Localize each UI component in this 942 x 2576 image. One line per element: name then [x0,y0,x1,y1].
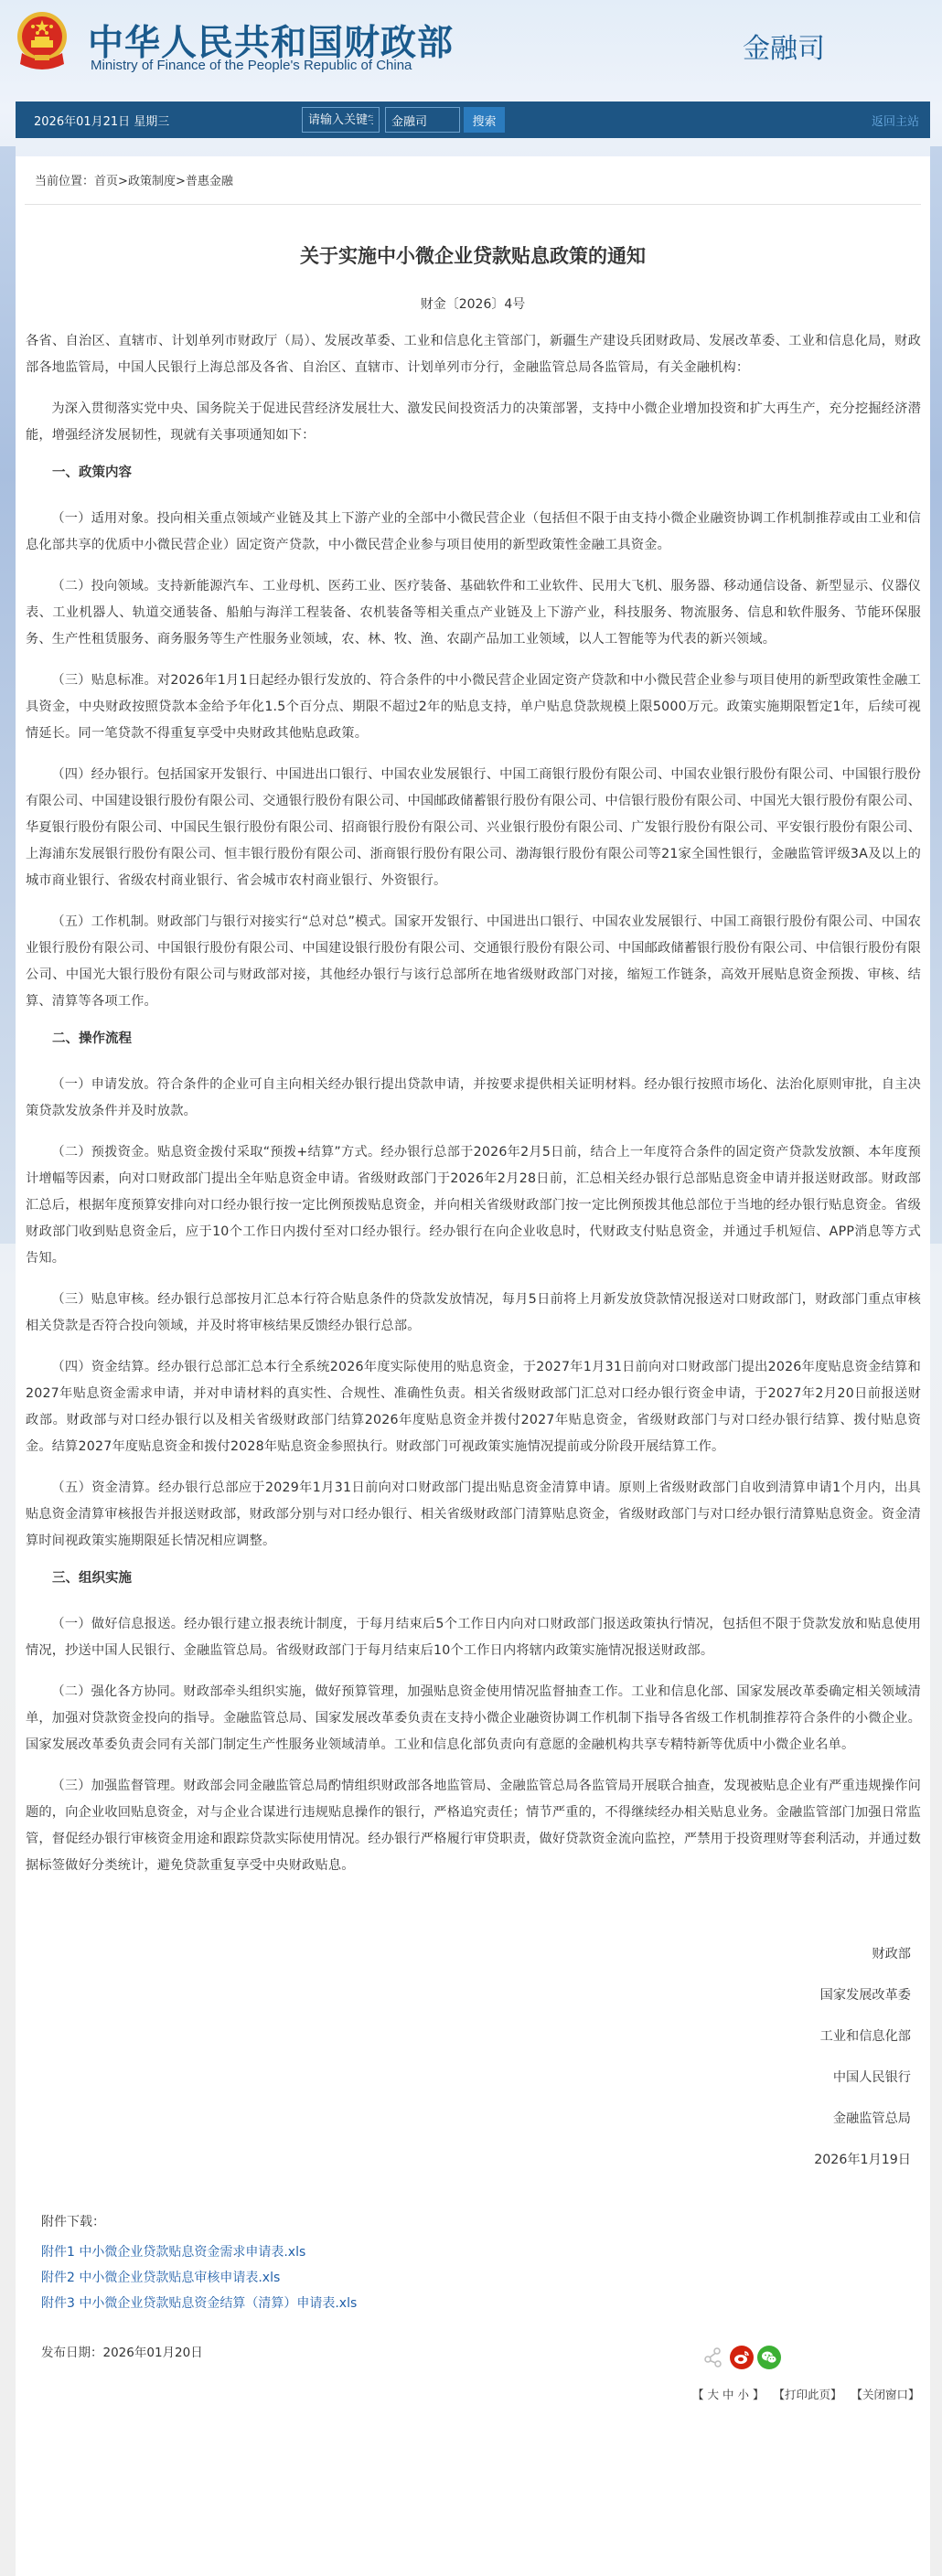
attachments-list: 附件1 中小微企业贷款贴息资金需求申请表.xls 附件2 中小微企业贷款贴息审核… [41,2243,930,2320]
weibo-glyph-icon [733,2350,750,2365]
breadcrumb: 当前位置：首页>政策制度>普惠金融 [25,156,921,205]
font-size-medium-button[interactable]: 中 [723,2388,734,2401]
paragraph: （二）投向领域。支持新能源汽车、工业母机、医药工业、医疗装备、基础软件和工业软件… [26,573,921,653]
paragraph: （一）适用对象。投向相关重点领域产业链及其上下游产业的全部中小微民营企业（包括但… [26,506,921,559]
attachment-link-2[interactable]: 附件2 中小微企业贷款贴息审核申请表.xls [41,2269,930,2294]
bracket: 【 [692,2388,704,2401]
addressee: 各省、自治区、直辖市、计划单列市财政厅（局）、发展改革委、工业和信息化主管部门，… [26,328,921,381]
signatory: 工业和信息化部 [26,2027,911,2068]
site-title-en: Ministry of Finance of the People's Repu… [91,58,412,73]
section-heading: 一、政策内容 [26,464,921,482]
paragraph: （一）申请发放。符合条件的企业可自主向相关经办银行提出贷款申请，并按要求提供相关… [26,1072,921,1125]
paragraph: （四）经办银行。包括国家开发银行、中国进出口银行、中国农业发展银行、中国工商银行… [26,762,921,894]
weibo-icon[interactable] [730,2346,754,2369]
bracket: 】 [753,2388,765,2401]
section-heading: 三、组织实施 [26,1569,921,1587]
signatory: 财政部 [26,1945,911,1986]
breadcrumb-policy[interactable]: 政策制度 [128,175,176,188]
paragraph: （三）贴息标准。对2026年1月1日起经办银行发放的、符合条件的中小微民营企业固… [26,668,921,747]
paragraph: （一）做好信息报送。经办银行建立报表统计制度，于每月结束后5个工作日内向对口财政… [26,1611,921,1664]
document-number: 财金〔2026〕4号 [16,294,930,313]
search-scope-input[interactable] [385,107,460,133]
content-card: 当前位置：首页>政策制度>普惠金融 关于实施中小微企业贷款贴息政策的通知 财金〔… [16,156,930,2576]
document-body: 各省、自治区、直辖市、计划单列市财政厅（局）、发展改革委、工业和信息化主管部门，… [16,328,930,2192]
search-button[interactable]: 搜索 [464,107,505,133]
paragraph: （五）资金清算。经办银行总部应于2029年1月31日前向对口财政部门提出贴息资金… [26,1475,921,1555]
page-tools: 【 大 中 小 】 【打印此页】 【关闭窗口】 [692,2386,920,2402]
breadcrumb-separator: > [118,175,128,188]
paragraph: （二）预拨资金。贴息资金拨付采取“预拨+结算”方式。经办银行总部于2026年2月… [26,1139,921,1272]
print-page-button[interactable]: 【打印此页】 [774,2386,842,2402]
attachments-title: 附件下载： [41,2212,930,2230]
national-emblem-icon [15,11,70,73]
wechat-icon[interactable] [757,2346,781,2369]
breadcrumb-home[interactable]: 首页 [94,175,118,188]
signatories: 财政部 国家发展改革委 工业和信息化部 中国人民银行 金融监管总局 2026年1… [26,1945,921,2192]
paragraph: （三）加强监督管理。财政部会同金融监管总局酌情组织财政部各地监管局、金融监管总局… [26,1773,921,1879]
paragraph: （二）强化各方协同。财政部牵头组织实施，做好预算管理，加强贴息资金使用情况监督抽… [26,1679,921,1758]
current-date: 2026年01月21日 星期三 [34,112,299,129]
font-size-large-button[interactable]: 大 [708,2388,720,2401]
font-size-controls: 【 大 中 小 】 [692,2386,765,2402]
breadcrumb-inclusive-finance[interactable]: 普惠金融 [186,175,233,188]
attachment-link-1[interactable]: 附件1 中小微企业贷款贴息资金需求申请表.xls [41,2243,930,2269]
signatory: 中国人民银行 [26,2068,911,2110]
paragraph: （三）贴息审核。经办银行总部按月汇总本行符合贴息条件的贷款发放情况，每月5日前将… [26,1287,921,1340]
article-footer: 发布日期：2026年01月20日 [16,2333,930,2424]
background-decoration-left [0,146,16,1244]
publish-date: 发布日期：2026年01月20日 [41,2342,203,2360]
intro-paragraph: 为深入贯彻落实党中央、国务院关于促进民营经济发展壮大、激发民间投资活力的决策部署… [26,396,921,449]
attachments-section: 附件下载： 附件1 中小微企业贷款贴息资金需求申请表.xls 附件2 中小微企业… [16,2212,930,2320]
section-heading: 二、操作流程 [26,1030,921,1048]
paragraph: （五）工作机制。财政部门与银行对接实行“总对总”模式。国家开发银行、中国进出口银… [26,909,921,1015]
keyword-search-input[interactable] [302,107,380,133]
sign-date: 2026年1月19日 [26,2151,911,2192]
attachment-link-3[interactable]: 附件3 中小微企业贷款贴息资金结算（清算）申请表.xls [41,2294,930,2320]
site-header: 中华人民共和国财政部 Ministry of Finance of the Pe… [0,0,942,102]
signatory: 国家发展改革委 [26,1986,911,2027]
breadcrumb-prefix: 当前位置： [35,175,94,188]
background-decoration-right [930,146,942,1244]
wechat-glyph-icon [761,2350,777,2365]
paragraph: （四）资金结算。经办银行总部汇总本行全系统2026年度实际使用的贴息资金，于20… [26,1354,921,1460]
share-bar [703,2346,785,2369]
back-to-main-site-link[interactable]: 返回主站 [872,112,919,129]
close-window-button[interactable]: 【关闭窗口】 [851,2386,920,2402]
signatory: 金融监管总局 [26,2110,911,2151]
breadcrumb-separator: > [176,175,186,188]
department-name: 金融司 [743,26,825,66]
share-icon[interactable] [703,2346,723,2368]
document-title: 关于实施中小微企业贷款贴息政策的通知 [16,241,930,269]
top-navigation-bar: 2026年01月21日 星期三 搜索 返回主站 [16,102,930,138]
font-size-small-button[interactable]: 小 [738,2388,750,2401]
